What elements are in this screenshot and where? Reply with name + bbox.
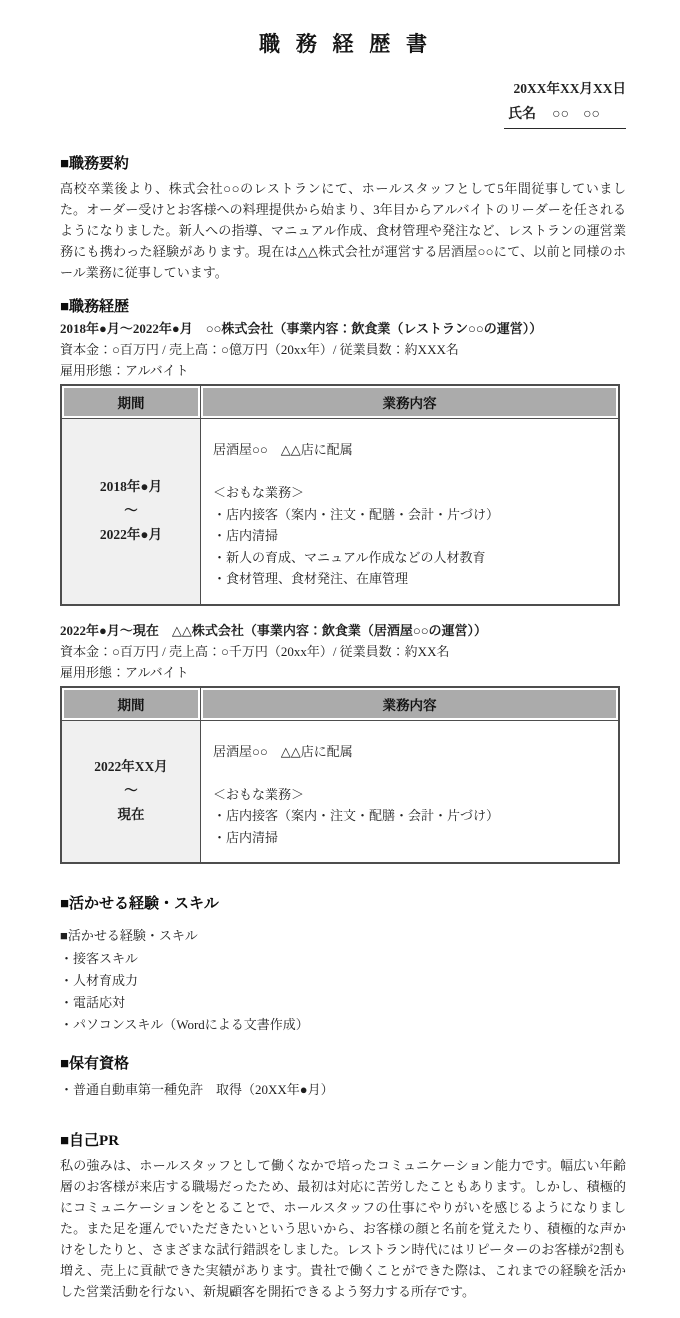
duty-line: ＜おもな業務＞ bbox=[213, 784, 606, 806]
duty-line: ・店内清掃 bbox=[213, 827, 606, 849]
job-block-2: 2022年●月～現在 △△株式会社（事業内容：飲食業（居酒屋○○の運営）） 資本… bbox=[60, 620, 626, 865]
period-line: ～ bbox=[63, 779, 199, 803]
qualifications-list: ・普通自動車第一種免許 取得（20XX年●月） bbox=[60, 1079, 626, 1101]
summary-body: 高校卒業後より、株式会社○○のレストランにて、ホールスタッフとして5年間従事して… bbox=[60, 178, 626, 283]
job2-finance-line: 資本金：○百万円 / 売上高：○千万円（20xx年）/ 従業員数：約XX名 bbox=[60, 641, 626, 662]
duty-line: ・店内接客（案内・注文・配膳・会計・片づけ） bbox=[213, 504, 606, 526]
job1-col-period-header: 期間 bbox=[61, 385, 201, 419]
skill-item: ・パソコンスキル（Wordによる文書作成） bbox=[60, 1014, 626, 1036]
name-label: 氏名 bbox=[508, 107, 536, 122]
career-heading: ■職務経歴 bbox=[60, 297, 626, 318]
pr-heading: ■自己PR bbox=[60, 1131, 626, 1152]
period-line: 2018年●月 bbox=[63, 475, 199, 499]
date-line: 20XX年XX月XX日 bbox=[60, 80, 626, 98]
skills-list: ・接客スキル・人材育成力・電話応対・パソコンスキル（Wordによる文書作成） bbox=[60, 948, 626, 1036]
skill-item: ・電話応対 bbox=[60, 992, 626, 1014]
name-line: 氏名○○ ○○ bbox=[60, 105, 626, 129]
table-body-row: 2022年XX月～現在 居酒屋○○ △△店に配属 ＜おもな業務＞・店内接客（案内… bbox=[61, 720, 619, 863]
period-line: ～ bbox=[63, 499, 199, 523]
job1-period-line: 2018年●月～2022年●月 ○○株式会社（事業内容：飲食業（レストラン○○の… bbox=[60, 318, 626, 339]
resume-page: 職務経歴書 20XX年XX月XX日 氏名○○ ○○ ■職務要約 高校卒業後より、… bbox=[0, 0, 680, 1318]
job1-period-cell: 2018年●月～2022年●月 bbox=[61, 419, 201, 605]
period-line: 現在 bbox=[63, 803, 199, 827]
job1-career-table: 期間 業務内容 2018年●月～2022年●月 居酒屋○○ △△店に配属 ＜おも… bbox=[60, 384, 620, 606]
duty-line: ・新人の育成、マニュアル作成などの人材教育 bbox=[213, 547, 606, 569]
duty-line: ・食材管理、食材発注、在庫管理 bbox=[213, 568, 606, 590]
job1-finance-line: 資本金：○百万円 / 売上高：○億万円（20xx年）/ 従業員数：約XXX名 bbox=[60, 339, 626, 360]
job2-col-duties-header: 業務内容 bbox=[201, 687, 620, 721]
period-line: 2022年XX月 bbox=[63, 755, 199, 779]
table-header-row: 期間 業務内容 bbox=[61, 385, 619, 419]
skill-item: ・接客スキル bbox=[60, 948, 626, 970]
skills-heading: ■活かせる経験・スキル bbox=[60, 894, 626, 915]
pr-body: 私の強みは、ホールスタッフとして働くなかで培ったコミュニケーション能力です。幅広… bbox=[60, 1155, 626, 1302]
qualification-item: ・普通自動車第一種免許 取得（20XX年●月） bbox=[60, 1079, 626, 1101]
name-value: ○○ ○○ bbox=[536, 107, 600, 122]
summary-heading: ■職務要約 bbox=[60, 154, 626, 175]
doc-title: 職務経歴書 bbox=[60, 30, 626, 58]
qualifications-heading: ■保有資格 bbox=[60, 1054, 626, 1075]
table-body-row: 2018年●月～2022年●月 居酒屋○○ △△店に配属 ＜おもな業務＞・店内接… bbox=[61, 419, 619, 605]
table-header-row: 期間 業務内容 bbox=[61, 687, 619, 721]
job-block-1: 2018年●月～2022年●月 ○○株式会社（事業内容：飲食業（レストラン○○の… bbox=[60, 318, 626, 606]
period-line: 2022年●月 bbox=[63, 523, 199, 547]
duty-line: 居酒屋○○ △△店に配属 bbox=[213, 741, 606, 763]
duty-line bbox=[213, 461, 606, 483]
duty-line bbox=[213, 762, 606, 784]
doc-title-text: 職務経歴書 bbox=[259, 32, 443, 56]
duty-line: ＜おもな業務＞ bbox=[213, 482, 606, 504]
duty-line: 居酒屋○○ △△店に配属 bbox=[213, 439, 606, 461]
job2-career-table: 期間 業務内容 2022年XX月～現在 居酒屋○○ △△店に配属 ＜おもな業務＞… bbox=[60, 686, 620, 865]
name-underline: 氏名○○ ○○ bbox=[504, 105, 626, 129]
duty-line: ・店内清掃 bbox=[213, 525, 606, 547]
skills-subheading: ■活かせる経験・スキル bbox=[60, 925, 626, 946]
skill-item: ・人材育成力 bbox=[60, 970, 626, 992]
job2-col-period-header: 期間 bbox=[61, 687, 201, 721]
job1-employment-line: 雇用形態：アルバイト bbox=[60, 360, 626, 381]
job1-col-duties-header: 業務内容 bbox=[201, 385, 620, 419]
job2-employment-line: 雇用形態：アルバイト bbox=[60, 662, 626, 683]
duty-line: ・店内接客（案内・注文・配膳・会計・片づけ） bbox=[213, 805, 606, 827]
job2-duties-cell: 居酒屋○○ △△店に配属 ＜おもな業務＞・店内接客（案内・注文・配膳・会計・片づ… bbox=[201, 720, 620, 863]
job2-period-line: 2022年●月～現在 △△株式会社（事業内容：飲食業（居酒屋○○の運営）） bbox=[60, 620, 626, 641]
job1-duties-cell: 居酒屋○○ △△店に配属 ＜おもな業務＞・店内接客（案内・注文・配膳・会計・片づ… bbox=[201, 419, 620, 605]
job2-period-cell: 2022年XX月～現在 bbox=[61, 720, 201, 863]
